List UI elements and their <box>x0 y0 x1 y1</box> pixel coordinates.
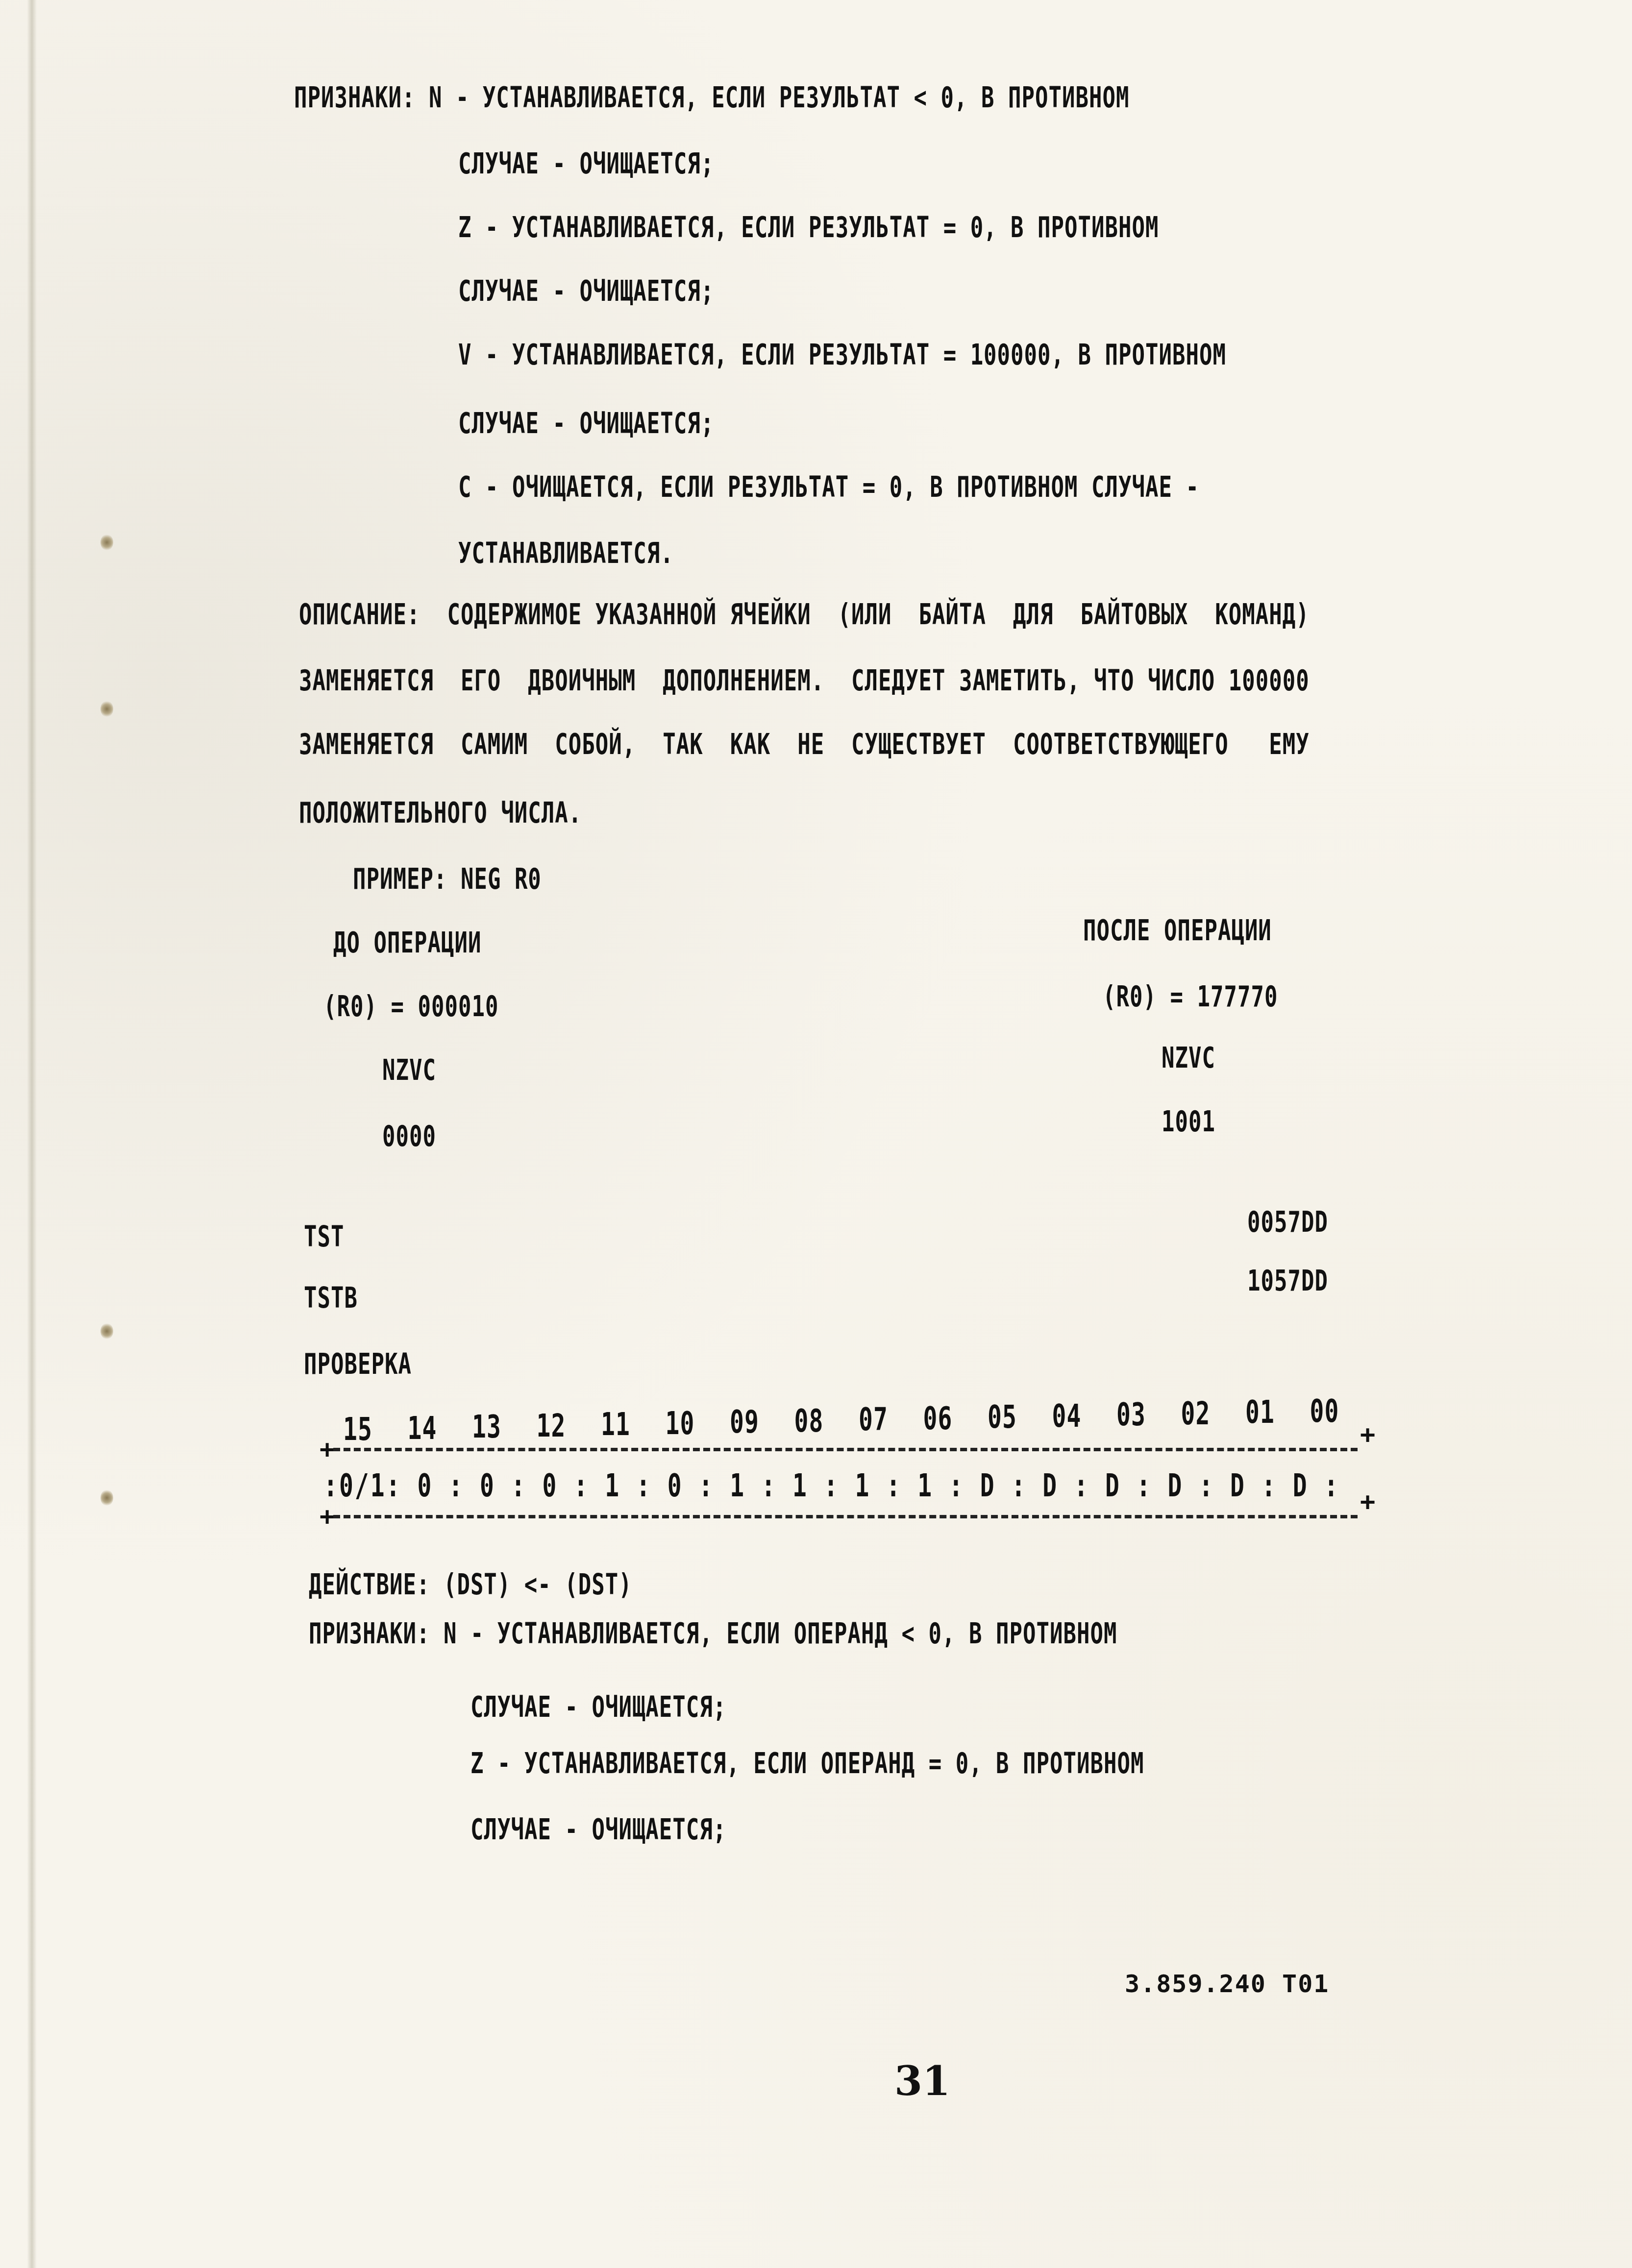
after-flags-label: NZVC <box>1162 1041 1215 1075</box>
bit-number: 00 <box>1310 1393 1339 1430</box>
bottom-border <box>333 1515 1358 1518</box>
bit-number: 01 <box>1245 1394 1275 1431</box>
mnemonic-word: TST <box>304 1220 344 1254</box>
flag-c-line: C - ОЧИЩАЕТСЯ, ЕСЛИ РЕЗУЛЬТАТ = 0, В ПРО… <box>458 470 1199 504</box>
before-flags-label: NZVC <box>382 1053 436 1087</box>
flag-z-cont-line: СЛУЧАЕ - ОЧИЩАЕТСЯ; <box>470 1813 726 1847</box>
binding-hole <box>100 701 113 717</box>
bit-number: 05 <box>988 1399 1017 1436</box>
flag-z-cont-line: СЛУЧАЕ - ОЧИЩАЕТСЯ; <box>458 274 714 308</box>
bit-number: 02 <box>1181 1395 1211 1433</box>
bit-number: 12 <box>537 1408 566 1445</box>
document-number: 3.859.240 T01 <box>1125 1970 1329 1998</box>
mnemonic-byte: TSTB <box>304 1281 358 1315</box>
binding-hole <box>100 534 113 551</box>
binding-hole <box>100 1323 113 1340</box>
before-flags-value: 0000 <box>382 1120 436 1153</box>
bit-number: 07 <box>859 1401 888 1439</box>
flag-c-cont-line: УСТАНАВЛИВАЕТСЯ. <box>458 537 674 570</box>
bit-number: 15 <box>343 1411 372 1448</box>
action-line: ДЕЙСТВИЕ: (DST) <- (DST) <box>309 1568 632 1602</box>
binding-shadow <box>27 0 37 2268</box>
border-corner: + <box>320 1435 335 1464</box>
bit-number: 04 <box>1052 1398 1082 1435</box>
before-register: (R0) = 000010 <box>323 990 498 1024</box>
flag-z-line: Z - УСТАНАВЛИВАЕТСЯ, ЕСЛИ ОПЕРАНД = 0, В… <box>470 1747 1144 1780</box>
opcode-word: 0057DD <box>1247 1205 1328 1239</box>
border-corner: + <box>1360 1420 1375 1449</box>
bit-cells-row: :0/1: 0 : 0 : 0 : 1 : 0 : 1 : 1 : 1 : 1 … <box>323 1467 1339 1505</box>
bit-number: 14 <box>408 1410 437 1447</box>
after-flags-value: 1001 <box>1162 1105 1215 1139</box>
flag-n-cont-line: СЛУЧАЕ - ОЧИЩАЕТСЯ; <box>458 147 714 181</box>
border-corner: + <box>320 1502 335 1531</box>
description-line: ПОЛОЖИТЕЛЬНОГО ЧИСЛА. <box>299 796 582 830</box>
after-heading: ПОСЛЕ ОПЕРАЦИИ <box>1083 914 1272 948</box>
flag-z-line: Z - УСТАНАВЛИВАЕТСЯ, ЕСЛИ РЕЗУЛЬТАТ = 0,… <box>458 211 1159 244</box>
description-line: ЗАМЕНЯЕТСЯ ЕГО ДВОИЧНЫМ ДОПОЛНЕНИЕМ. СЛЕ… <box>299 664 1310 698</box>
flag-v-cont-line: СЛУЧАЕ - ОЧИЩАЕТСЯ; <box>458 407 714 440</box>
bit-number: 03 <box>1116 1396 1146 1434</box>
section-title: ПРОВЕРКА <box>304 1347 412 1381</box>
before-heading: ДО ОПЕРАЦИИ <box>333 926 481 960</box>
flag-v-line: V - УСТАНАВЛИВАЕТСЯ, ЕСЛИ РЕЗУЛЬТАТ = 10… <box>458 338 1226 372</box>
after-register: (R0) = 177770 <box>1103 980 1278 1014</box>
bit-number: 11 <box>601 1406 630 1443</box>
binding-hole <box>100 1489 113 1506</box>
page-number: 31 <box>894 2058 950 2105</box>
opcode-byte: 1057DD <box>1247 1264 1328 1298</box>
flag-n-line: ПРИЗНАКИ: N - УСТАНАВЛИВАЕТСЯ, ЕСЛИ РЕЗУ… <box>294 81 1129 115</box>
bit-number: 13 <box>472 1409 501 1446</box>
description-line: ЗАМЕНЯЕТСЯ САМИМ СОБОЙ, ТАК КАК НЕ СУЩЕС… <box>299 728 1310 761</box>
bit-number: 09 <box>730 1404 759 1441</box>
description-line: ОПИСАНИЕ: СОДЕРЖИМОЕ УКАЗАННОЙ ЯЧЕЙКИ (И… <box>299 598 1310 632</box>
example-title: ПРИМЕР: NEG R0 <box>353 862 542 896</box>
bit-number: 06 <box>923 1400 953 1438</box>
border-corner: + <box>1360 1487 1375 1516</box>
top-border <box>333 1448 1358 1451</box>
bit-number: 08 <box>794 1403 824 1440</box>
flag-n-line: ПРИЗНАКИ: N - УСТАНАВЛИВАЕТСЯ, ЕСЛИ ОПЕР… <box>309 1617 1117 1651</box>
bit-number: 10 <box>666 1405 695 1442</box>
flag-n-cont-line: СЛУЧАЕ - ОЧИЩАЕТСЯ; <box>470 1690 726 1724</box>
